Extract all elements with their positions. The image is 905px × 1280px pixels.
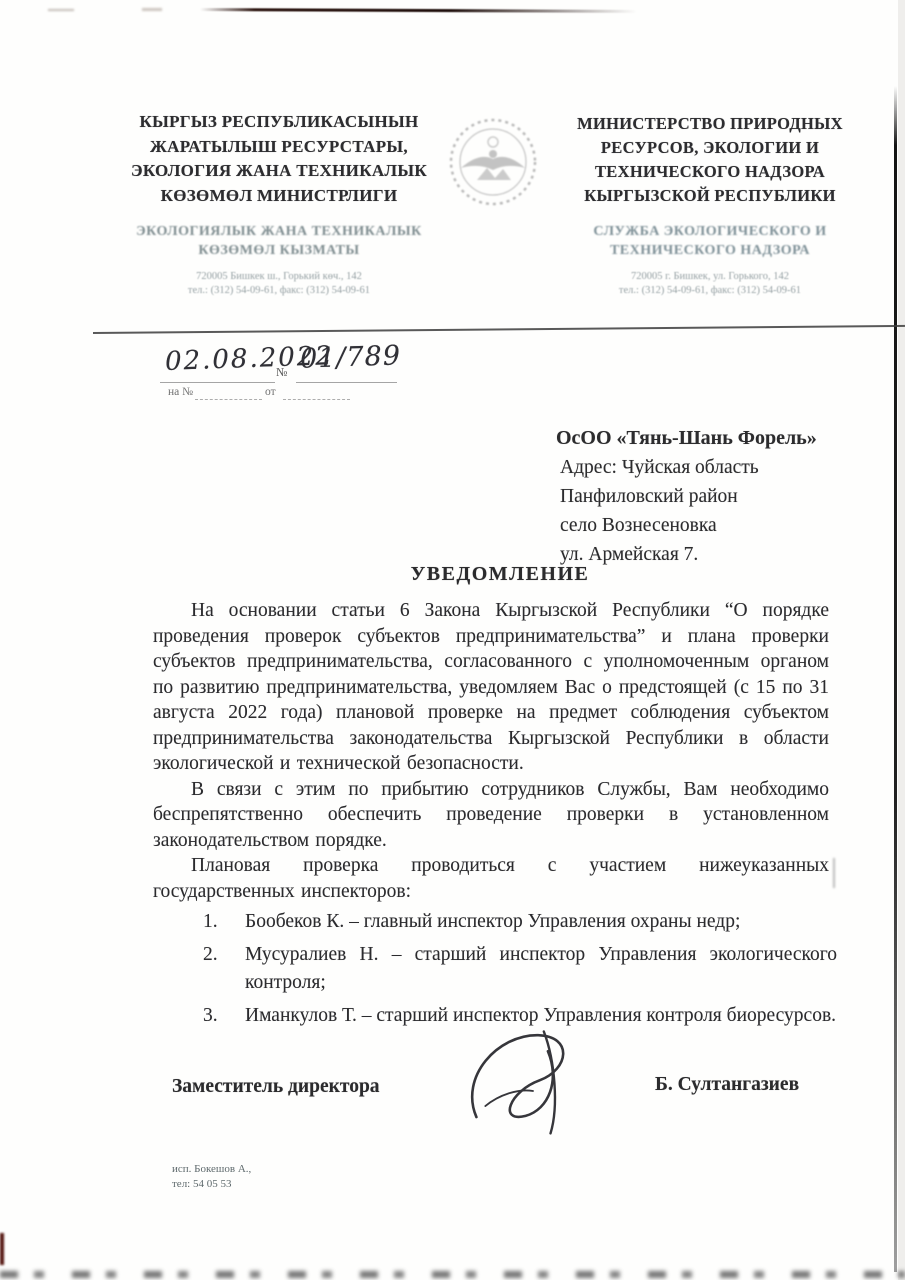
scan-artifact-page-edge (894, 86, 897, 1272)
letterhead-left-org: КЫРГЫЗ РЕСПУБЛИКАСЫНЫН ЖАРАТЫЛЫШ РЕСУРСТ… (105, 110, 453, 208)
org-line: ЭКОЛОГИЯ ЖАНА ТЕХНИКАЛЫК (105, 159, 453, 184)
number-underline (296, 382, 397, 383)
address-line: 720005 Бишкек ш., Горький көч., 142 (105, 270, 453, 284)
list-item-number: 3. (203, 1002, 218, 1030)
from-date-label: от (265, 386, 276, 398)
body-paragraph: На основании статьи 6 Закона Кыргызской … (153, 598, 829, 777)
handwritten-outgoing-number: 01/789 (299, 340, 401, 375)
letterhead-right-address: 720005 г. Бишкек, ул. Горького, 142 тел.… (545, 270, 875, 298)
org-line: РЕСУРСОВ, ЭКОЛОГИИ И (545, 136, 875, 160)
list-item-text: Мусуралиев Н. – старший инспектор Управл… (245, 944, 837, 993)
service-line: ТЕХНИЧЕСКОГО НАДЗОРА (545, 241, 875, 260)
date-underline (160, 382, 275, 383)
body-paragraph: Плановая проверка проводиться с участием… (153, 853, 829, 904)
letterhead-left: КЫРГЫЗ РЕСПУБЛИКАСЫНЫН ЖАРАТЫЛЫШ РЕСУРСТ… (105, 110, 453, 298)
service-line: СЛУЖБА ЭКОЛОГИЧЕСКОГО И (545, 222, 875, 241)
body-paragraph: В связи с этим по прибытию сотрудников С… (153, 777, 829, 854)
address-line: тел.: (312) 54-09-61, факс: (312) 54-09-… (545, 284, 875, 298)
scan-artifact-right-margin (898, 0, 905, 1280)
address-line: тел.: (312) 54-09-61, факс: (312) 54-09-… (105, 284, 453, 298)
org-line: КЫРГЫЗСКОЙ РЕСПУБЛИКИ (545, 184, 875, 208)
executor-note: исп. Бокешов А., тел: 54 05 53 (172, 1162, 251, 1192)
scan-artifact-left-mark (0, 1233, 4, 1265)
address-line: 720005 г. Бишкек, ул. Горького, 142 (545, 270, 875, 284)
service-line: ЭКОЛОГИЯЛЫК ЖАНА ТЕХНИКАЛЫК (105, 222, 453, 241)
org-line: КЫРГЫЗ РЕСПУБЛИКАСЫНЫН (105, 110, 453, 135)
inspectors-list: 1. Бообеков К. – главный инспектор Управ… (203, 908, 837, 1035)
signature-scribble-icon (442, 1014, 604, 1149)
org-line: КӨЗӨМӨЛ МИНИСТРЛИГИ (105, 184, 453, 209)
executor-name: исп. Бокешов А., (172, 1162, 251, 1177)
from-date-blank (283, 399, 350, 400)
letterhead-left-address: 720005 Бишкек ш., Горький көч., 142 тел.… (105, 270, 453, 298)
incoming-number-blank (195, 399, 262, 400)
scan-artifact-top-dash (142, 8, 162, 11)
recipient-address-line: Панфиловский район (560, 482, 860, 511)
scan-artifact-top-dash (48, 9, 74, 11)
incoming-number-label: на № (168, 386, 193, 398)
org-line: ЖАРАТЫЛЫШ РЕСУРСТАРЫ, (105, 135, 453, 160)
org-line: МИНИСТЕРСТВО ПРИРОДНЫХ (545, 112, 875, 136)
signatory-name: Б. Султангазиев (655, 1074, 799, 1096)
scanned-letter-page: КЫРГЫЗ РЕСПУБЛИКАСЫНЫН ЖАРАТЫЛЫШ РЕСУРСТ… (0, 0, 905, 1280)
list-item-text: Бообеков К. – главный инспектор Управлен… (245, 911, 740, 932)
letter-body: На основании статьи 6 Закона Кыргызской … (153, 598, 829, 904)
list-item-number: 1. (203, 908, 218, 936)
recipient-company: ОсОО «Тянь-Шань Форель» (556, 424, 860, 453)
signatory-position: Заместитель директора (172, 1076, 380, 1098)
letterhead-right-org: МИНИСТЕРСТВО ПРИРОДНЫХ РЕСУРСОВ, ЭКОЛОГИ… (545, 112, 875, 208)
scan-artifact-bottom-edge (0, 1271, 905, 1278)
executor-phone: тел: 54 05 53 (172, 1177, 251, 1192)
scan-artifact-top-scratch (200, 8, 655, 13)
letterhead-right: МИНИСТЕРСТВО ПРИРОДНЫХ РЕСУРСОВ, ЭКОЛОГИ… (545, 112, 875, 298)
list-item: 1. Бообеков К. – главный инспектор Управ… (203, 908, 837, 936)
recipient-block: ОсОО «Тянь-Шань Форель» Адрес: Чуйская о… (560, 424, 860, 569)
service-line: КӨЗӨМӨЛ КЫЗМАТЫ (105, 241, 453, 260)
notification-title: УВЕДОМЛЕНИЕ (160, 563, 840, 586)
reference-block: 02.08.2022 № 01/789 на № от (160, 342, 590, 410)
list-item-number: 2. (203, 941, 218, 969)
recipient-address-line: село Вознесеновка (560, 511, 860, 540)
letterhead-left-service: ЭКОЛОГИЯЛЫК ЖАНА ТЕХНИКАЛЫК КӨЗӨМӨЛ КЫЗМ… (105, 222, 453, 260)
recipient-address-line: Адрес: Чуйская область (560, 453, 860, 482)
letterhead-right-service: СЛУЖБА ЭКОЛОГИЧЕСКОГО И ТЕХНИЧЕСКОГО НАД… (545, 222, 875, 260)
list-item: 2. Мусуралиев Н. – старший инспектор Упр… (203, 941, 837, 997)
state-emblem-icon (447, 116, 539, 208)
scan-artifact-crease (833, 858, 835, 888)
letterhead-divider (93, 325, 905, 334)
number-sign: № (276, 365, 287, 380)
org-line: ТЕХНИЧЕСКОГО НАДЗОРА (545, 160, 875, 184)
